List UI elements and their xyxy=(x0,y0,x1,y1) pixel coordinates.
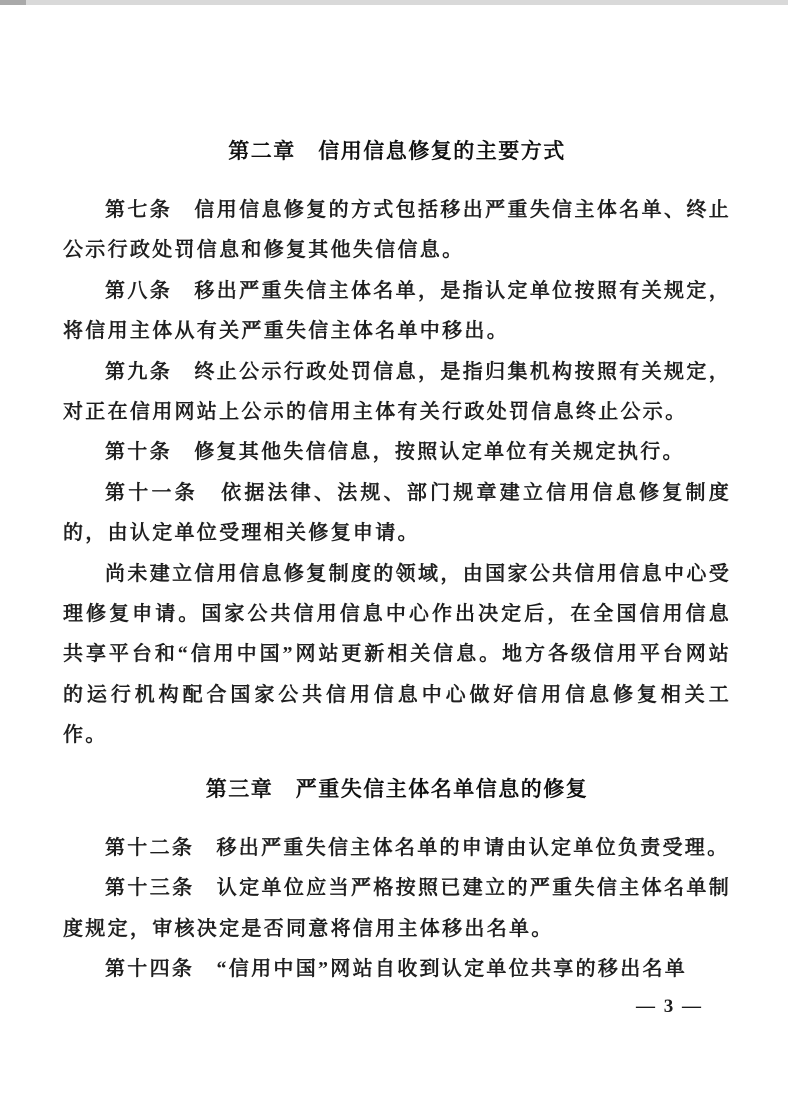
article-7-paragraph: 第七条 信用信息修复的方式包括移出严重失信主体名单、终止公示行政处罚信息和修复其… xyxy=(63,190,731,271)
article-13-paragraph: 第十三条 认定单位应当严格按照已建立的严重失信主体名单制度规定，审核决定是否同意… xyxy=(63,868,731,949)
article-9-paragraph: 第九条 终止公示行政处罚信息，是指归集机构按照有关规定，对正在信用网站上公示的信… xyxy=(63,352,731,433)
chapter-3-heading: 第三章 严重失信主体名单信息的修复 xyxy=(63,778,731,802)
article-8-paragraph: 第八条 移出严重失信主体名单，是指认定单位按照有关规定，将信用主体从有关严重失信… xyxy=(63,271,731,352)
scan-edge-artifact xyxy=(0,0,788,5)
article-14-paragraph: 第十四条 “信用中国”网站自收到认定单位共享的移出名单 xyxy=(63,949,731,989)
document-page: 第二章 信用信息修复的主要方式 第七条 信用信息修复的方式包括移出严重失信主体名… xyxy=(0,0,788,1117)
article-11-paragraph: 第十一条 依据法律、法规、部门规章建立信用信息修复制度的，由认定单位受理相关修复… xyxy=(63,473,731,554)
page-number: — 3 — xyxy=(63,995,731,1019)
article-10-paragraph: 第十条 修复其他失信信息，按照认定单位有关规定执行。 xyxy=(63,432,731,472)
scan-edge-dark-segment xyxy=(0,0,26,5)
article-11-continuation-paragraph: 尚未建立信用信息修复制度的领域，由国家公共信用信息中心受理修复申请。国家公共信用… xyxy=(63,554,731,756)
document-content: 第二章 信用信息修复的主要方式 第七条 信用信息修复的方式包括移出严重失信主体名… xyxy=(63,140,731,1019)
article-12-paragraph: 第十二条 移出严重失信主体名单的申请由认定单位负责受理。 xyxy=(63,828,731,868)
chapter-2-heading: 第二章 信用信息修复的主要方式 xyxy=(63,140,731,164)
